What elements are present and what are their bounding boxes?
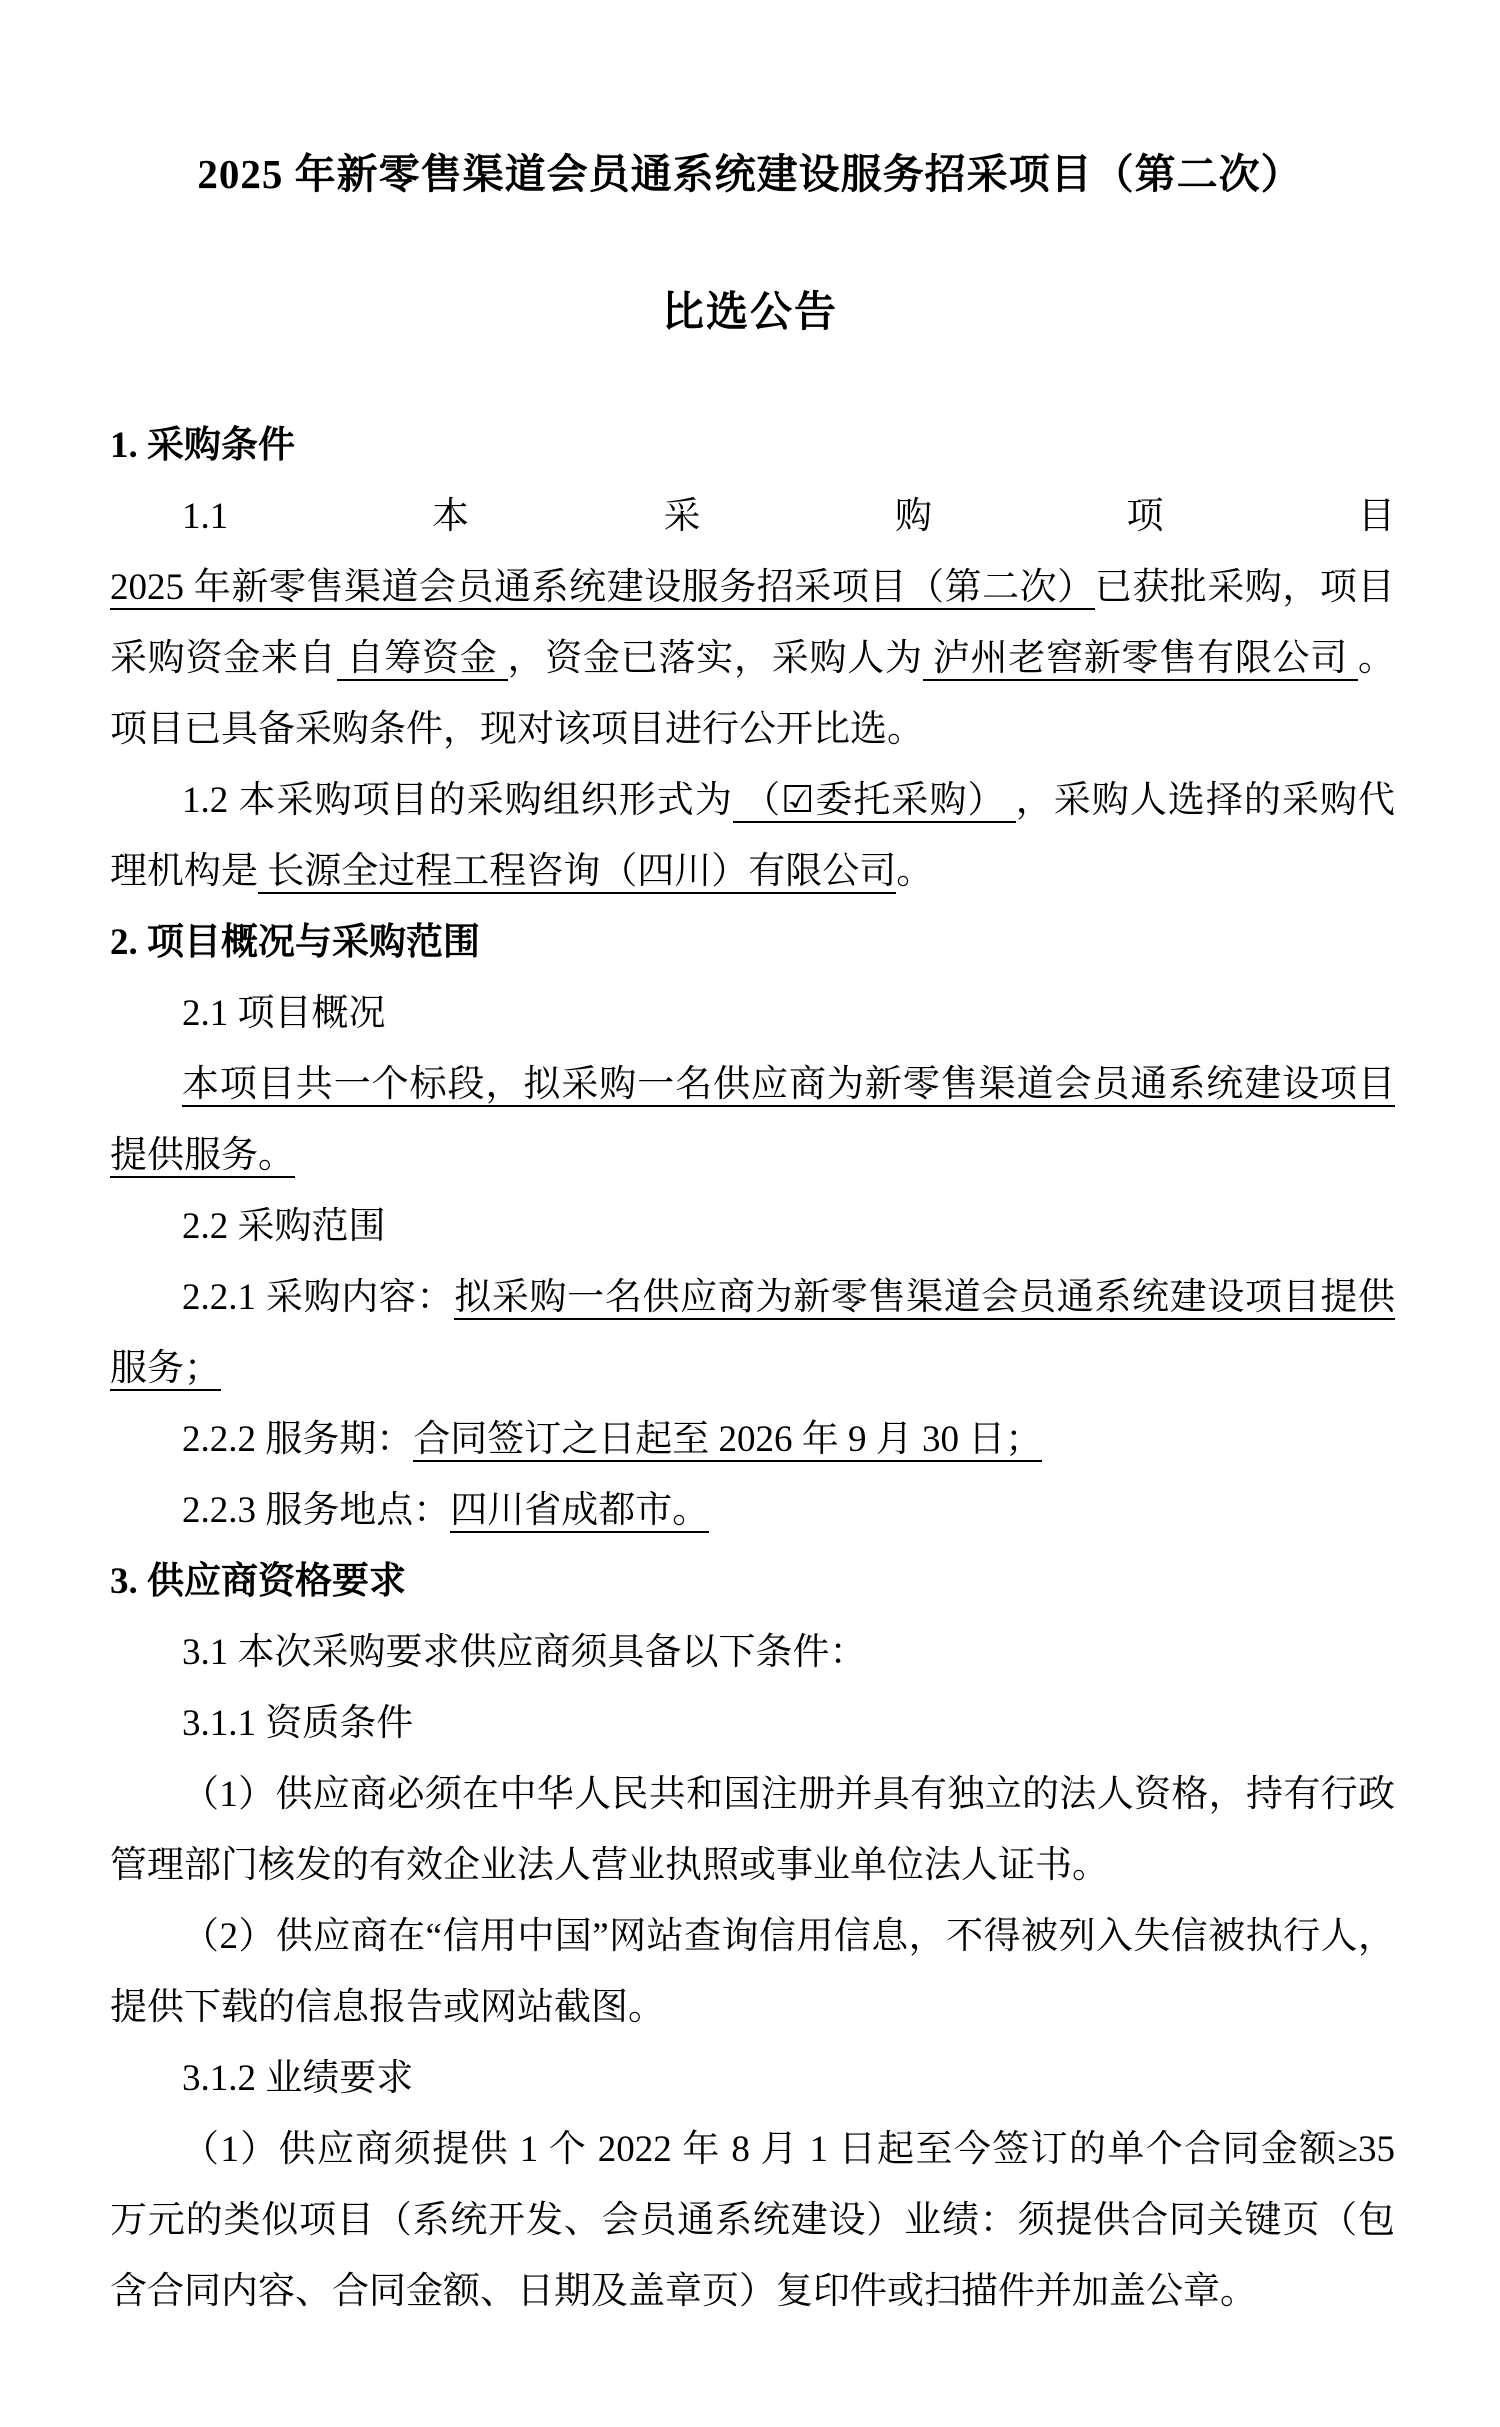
para-3-1-2: 3.1.2 业绩要求: [110, 2043, 1395, 2114]
text-segment: 。: [896, 851, 933, 892]
text-segment: 2.2.1 采购内容：: [182, 1277, 454, 1318]
text-segment: 2.2.2 服务期：: [182, 1419, 413, 1460]
text-segment: ，资金已落实，采购人为: [508, 638, 923, 679]
para-1-2: 1.2 本采购项目的采购组织形式为 （☑委托采购） ，采购人选择的采购代理机构是…: [110, 765, 1395, 907]
blank-service-period: 合同签订之日起至 2026 年 9 月 30 日；: [413, 1419, 1042, 1462]
document-page: 2025 年新零售渠道会员通系统建设服务招采项目（第二次） 比选公告 1. 采购…: [0, 0, 1500, 2427]
blank-purchaser-name: 泸州老窖新零售有限公司: [923, 638, 1358, 681]
document-body: 1. 采购条件 1.1 本采购项目 2025 年新零售渠道会员通系统建设服务招采…: [110, 410, 1395, 2327]
para-3-1: 3.1 本次采购要求供应商须具备以下条件：: [110, 1617, 1395, 1688]
para-3-1-1: 3.1.1 资质条件: [110, 1688, 1395, 1759]
para-1-1: 1.1 本采购项目 2025 年新零售渠道会员通系统建设服务招采项目（第二次）已…: [110, 481, 1395, 765]
blank-project-name: 2025 年新零售渠道会员通系统建设服务招采项目（第二次）: [110, 567, 1095, 610]
section-3-heading: 3. 供应商资格要求: [110, 1546, 1395, 1617]
section-2-heading: 2. 项目概况与采购范围: [110, 907, 1395, 978]
blank-service-location: 四川省成都市。: [450, 1490, 709, 1533]
para-qualification-1: （1）供应商必须在中华人民共和国注册并具有独立的法人资格，持有行政管理部门核发的…: [110, 1759, 1395, 1901]
blank-agency-name: 长源全过程工程咨询（四川）有限公司: [258, 851, 896, 894]
document-title: 2025 年新零售渠道会员通系统建设服务招采项目（第二次）: [0, 0, 1500, 198]
para-2-1-body: 本项目共一个标段，拟采购一名供应商为新零售渠道会员通系统建设项目提供服务。: [110, 1049, 1395, 1191]
para-qualification-2: （2）供应商在“信用中国”网站查询信用信息，不得被列入失信被执行人，提供下载的信…: [110, 1901, 1395, 2043]
para-2-2-1: 2.2.1 采购内容：拟采购一名供应商为新零售渠道会员通系统建设项目提供服务；: [110, 1262, 1395, 1404]
para-2-2-3: 2.2.3 服务地点：四川省成都市。: [110, 1475, 1395, 1546]
blank-funding-source: 自筹资金: [337, 638, 508, 681]
blank-project-overview: 本项目共一个标段，拟采购一名供应商为新零售渠道会员通系统建设项目提供服务。: [110, 1064, 1395, 1178]
para-2-2-2: 2.2.2 服务期：合同签订之日起至 2026 年 9 月 30 日；: [110, 1404, 1395, 1475]
text-segment: 1.2 本采购项目的采购组织形式为: [182, 780, 733, 821]
para-2-2-label: 2.2 采购范围: [110, 1191, 1395, 1262]
section-1-heading: 1. 采购条件: [110, 410, 1395, 481]
text-segment: 1.1 本采购项目: [182, 496, 1395, 537]
text-segment: 2.2.3 服务地点：: [182, 1490, 450, 1531]
blank-organization-form: （☑委托采购）: [733, 780, 1016, 823]
para-2-1-label: 2.1 项目概况: [110, 978, 1395, 1049]
para-performance-1: （1）供应商须提供 1 个 2022 年 8 月 1 日起至今签订的单个合同金额…: [110, 2114, 1395, 2327]
document-subtitle: 比选公告: [0, 289, 1500, 337]
